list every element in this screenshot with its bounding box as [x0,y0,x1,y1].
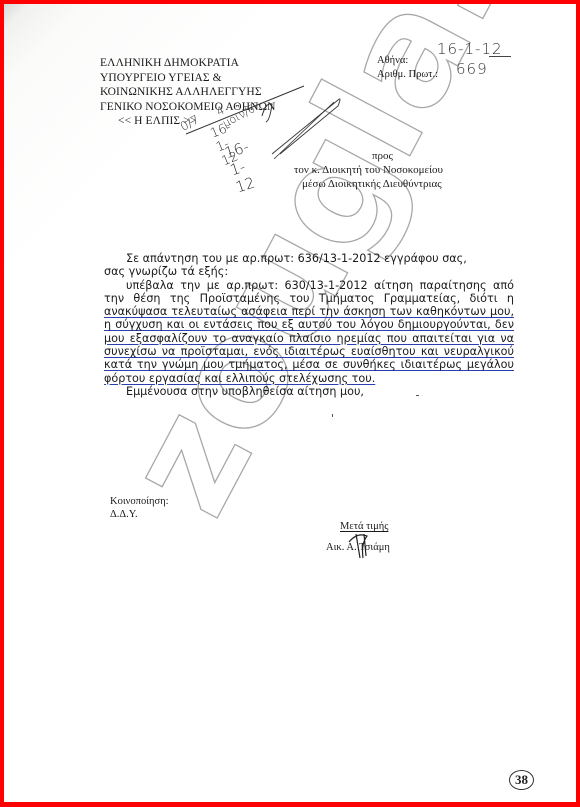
document-meta: Αθήνα: Αριθμ. Πρωτ.: [377,54,438,82]
paragraph-line-underlined: συνεχίσω να προϊσταμαι, ενός ιδιαιτέρως … [104,345,514,358]
signature-scribble [4,4,580,807]
signature-block: Μετά τιμής Αικ. Α. Τσιάμη [326,516,390,558]
protocol-label: Αριθμ. Πρωτ.: [377,68,438,82]
handwritten-date: 16-1-12 [437,40,503,58]
header-line: ΓΕΝΙΚΟ ΝΟΣΟΚΟΜΕΙΟ ΑΘΗΝΩΝ [100,100,276,115]
paragraph-line-underlined: η σύγχυση και οι εντάσεις που εξ αυτού τ… [104,318,514,331]
cc-block: Κοινοποίηση: Δ.Δ.Υ. [110,495,169,521]
paragraph-line-underlined: κατά την γνώμη μου τμήματος, μέσα σε συν… [104,358,514,371]
recipient-block: προς τον κ. Διοικητή του Νοσοκομείου μέσ… [294,149,443,191]
annotation-date: 16-1-12 [222,138,262,197]
intro-line: Σε απάντηση του με αρ.πρωτ: 636/13-1-201… [104,252,514,265]
cc-label: Κοινοποίηση: [110,495,169,508]
closing-line: Εμμένουσα στην υποβληθείσα αίτηση μου, [104,385,514,398]
annotation-strokes [4,4,580,807]
letter-body: Σε απάντηση του με αρ.πρωτ: 636/13-1-201… [104,252,514,398]
recipient-via: μέσω Διοικητικής Διευθύντριας [294,177,443,191]
page-number: 38 [509,770,534,790]
issuer-header: ΕΛΛΗΝΙΚΗ ΔΗΜΟΚΡΑΤΙΑ ΥΠΟΥΡΓΕΙΟ ΥΓΕΙΑΣ & Κ… [100,56,276,129]
paragraph-line-underlined: ανακύψασα τελευταίως ασάφεια περί την άσ… [104,305,514,318]
header-line: ΥΠΟΥΡΓΕΙΟ ΥΓΕΙΑΣ & [100,71,276,86]
paragraph-line: την θέση της Προϊσταμένης του Τμήματος Γ… [104,292,514,305]
intro-line: σας γνωρίζω τά εξής: [104,265,514,278]
paragraph-line-underlined: μου εξασφαλίζουν το αναγκαίο πλαίσιο ηρε… [104,332,514,345]
place-label: Αθήνα: [377,54,438,68]
header-line: ΕΛΛΗΝΙΚΗ ΔΗΜΟΚΡΑΤΙΑ [100,56,276,71]
paragraph-line-underlined: φόρτου εργασίας και ελλιπούς στελέχωσης … [104,372,514,385]
header-motto: << Η ΕΛΠΙΣ >> [100,114,276,129]
document-frame: zougla.gr ΕΛΛΗΝΙΚΗ ΔΗΜΟΚΡΑΤΙΑ ΥΠΟΥΡΓΕΙΟ … [0,0,580,807]
paragraph-line: υπέβαλα την με αρ.πρωτ: 630/13-1-2012 αί… [104,279,514,292]
watermark-logo: zougla.gr [4,4,580,807]
handwritten-protocol-number: 669 [456,60,488,78]
header-line: ΚΟΙΝΩΝΙΚΗΣ ΑΛΛΗΛΕΓΓΥΗΣ [100,85,276,100]
cc-value: Δ.Δ.Υ. [110,508,169,521]
stray-mark [416,395,419,396]
signer-name: Αικ. Α. Τσιάμη [326,537,390,558]
stray-mark [332,414,333,417]
recipient-to: προς [294,149,443,163]
signature-closing: Μετά τιμής [326,516,390,537]
recipient-name: τον κ. Διοικητή του Νοσοκομείου [294,163,443,177]
